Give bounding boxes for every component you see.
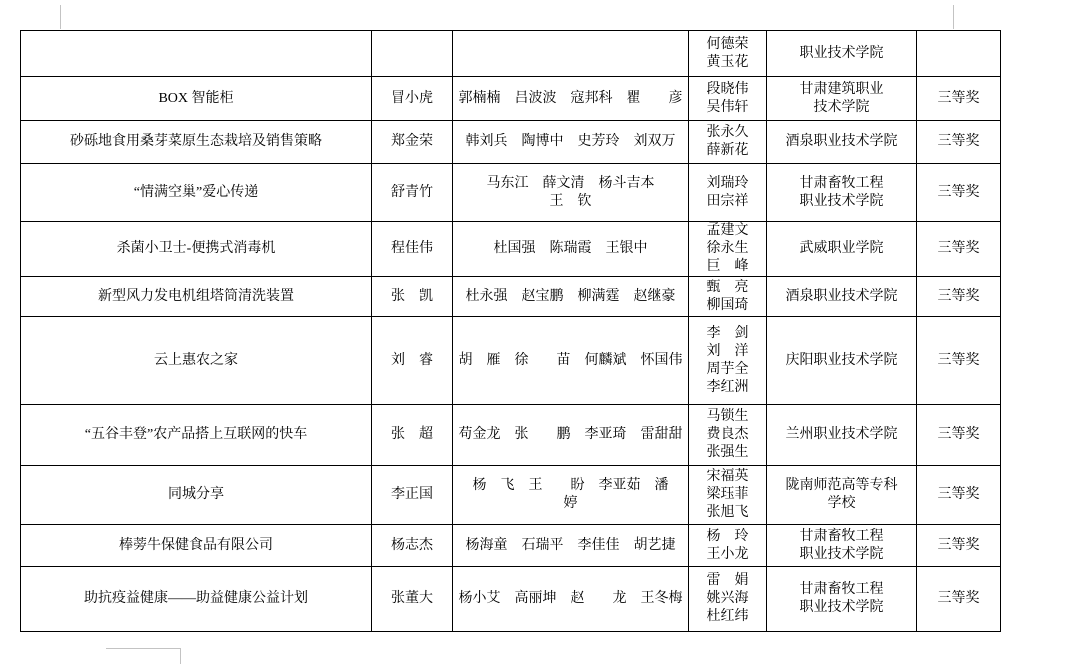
advisors-cell[interactable]: 张永久 薛新花: [689, 121, 767, 164]
award-cell[interactable]: 三等奖: [917, 121, 1001, 164]
project-cell[interactable]: 新型风力发电机组塔筒清洗装置: [21, 277, 372, 317]
award-cell[interactable]: 三等奖: [917, 466, 1001, 525]
award-cell[interactable]: 三等奖: [917, 405, 1001, 466]
advisors-cell[interactable]: 刘瑞玲 田宗祥: [689, 164, 767, 222]
award-cell[interactable]: 三等奖: [917, 317, 1001, 405]
leader-cell[interactable]: 舒青竹: [372, 164, 453, 222]
institution-cell[interactable]: 甘肃畜牧工程 职业技术学院: [767, 525, 917, 567]
advisors-cell[interactable]: 宋福英 梁珏菲 张旭飞: [689, 466, 767, 525]
institution-cell[interactable]: 酒泉职业技术学院: [767, 121, 917, 164]
leader-cell[interactable]: 张 超: [372, 405, 453, 466]
project-cell[interactable]: “五谷丰登”农产品搭上互联网的快车: [21, 405, 372, 466]
table-row: 云上惠农之家 刘 睿 胡 雁 徐 苗 何麟斌 怀国伟 李 剑 刘 洋 周芋全 李…: [21, 317, 1001, 405]
advisors-cell[interactable]: 何德荣 黄玉花: [689, 31, 767, 77]
leader-cell[interactable]: 李正国: [372, 466, 453, 525]
table-row: 新型风力发电机组塔筒清洗装置 张 凯 杜永强 赵宝鹏 柳满霆 赵继豪 甄 亮 柳…: [21, 277, 1001, 317]
document-page: 何德荣 黄玉花 职业技术学院 BOX 智能柜 冒小虎 郭楠楠 吕波波 寇邦科 瞿…: [0, 0, 1065, 664]
institution-cell[interactable]: 甘肃畜牧工程 职业技术学院: [767, 567, 917, 632]
advisors-cell[interactable]: 雷 娟 姚兴海 杜红纬: [689, 567, 767, 632]
members-cell[interactable]: 杨 飞 王 盼 李亚茹 潘 婷: [453, 466, 689, 525]
project-cell[interactable]: 砂砾地食用桑芽菜原生态栽培及销售策略: [21, 121, 372, 164]
members-cell[interactable]: 苟金龙 张 鹏 李亚琦 雷甜甜: [453, 405, 689, 466]
page-margin-mark-top-left: [60, 5, 61, 29]
members-cell[interactable]: 马东江 薛文清 杨斗吉本 王 钦: [453, 164, 689, 222]
institution-cell[interactable]: 甘肃建筑职业 技术学院: [767, 77, 917, 121]
table-row: “五谷丰登”农产品搭上互联网的快车 张 超 苟金龙 张 鹏 李亚琦 雷甜甜 马锁…: [21, 405, 1001, 466]
leader-cell[interactable]: 冒小虎: [372, 77, 453, 121]
advisors-cell[interactable]: 李 剑 刘 洋 周芋全 李红洲: [689, 317, 767, 405]
leader-cell[interactable]: 张董大: [372, 567, 453, 632]
members-cell[interactable]: 杨小艾 高丽坤 赵 龙 王冬梅: [453, 567, 689, 632]
table-row: 砂砾地食用桑芽菜原生态栽培及销售策略 郑金荣 韩刘兵 陶博中 史芳玲 刘双万 张…: [21, 121, 1001, 164]
project-cell[interactable]: 杀菌小卫士-便携式消毒机: [21, 222, 372, 277]
table-row: 助抗疫益健康——助益健康公益计划 张董大 杨小艾 高丽坤 赵 龙 王冬梅 雷 娟…: [21, 567, 1001, 632]
table-row: BOX 智能柜 冒小虎 郭楠楠 吕波波 寇邦科 瞿 彦 段晓伟 吴伟轩 甘肃建筑…: [21, 77, 1001, 121]
leader-cell[interactable]: 刘 睿: [372, 317, 453, 405]
project-cell[interactable]: 棒蒡牛保健食品有限公司: [21, 525, 372, 567]
table-row: 何德荣 黄玉花 职业技术学院: [21, 31, 1001, 77]
institution-cell[interactable]: 武威职业学院: [767, 222, 917, 277]
leader-cell[interactable]: [372, 31, 453, 77]
award-cell[interactable]: [917, 31, 1001, 77]
awards-table: 何德荣 黄玉花 职业技术学院 BOX 智能柜 冒小虎 郭楠楠 吕波波 寇邦科 瞿…: [20, 30, 1001, 632]
project-cell[interactable]: [21, 31, 372, 77]
advisors-cell[interactable]: 杨 玲 王小龙: [689, 525, 767, 567]
table-row: 杀菌小卫士-便携式消毒机 程佳伟 杜国强 陈瑞霞 王银中 孟建文 徐永生 巨 峰…: [21, 222, 1001, 277]
award-cell[interactable]: 三等奖: [917, 567, 1001, 632]
institution-cell[interactable]: 陇南师范高等专科 学校: [767, 466, 917, 525]
page-margin-mark-top-right: [953, 5, 954, 29]
institution-cell[interactable]: 甘肃畜牧工程 职业技术学院: [767, 164, 917, 222]
members-cell[interactable]: 杨海童 石瑞平 李佳佳 胡艺捷: [453, 525, 689, 567]
advisors-cell[interactable]: 孟建文 徐永生 巨 峰: [689, 222, 767, 277]
award-cell[interactable]: 三等奖: [917, 77, 1001, 121]
members-cell[interactable]: 韩刘兵 陶博中 史芳玲 刘双万: [453, 121, 689, 164]
award-cell[interactable]: 三等奖: [917, 164, 1001, 222]
advisors-cell[interactable]: 甄 亮 柳国琦: [689, 277, 767, 317]
table-row: 棒蒡牛保健食品有限公司 杨志杰 杨海童 石瑞平 李佳佳 胡艺捷 杨 玲 王小龙 …: [21, 525, 1001, 567]
advisors-cell[interactable]: 马锁生 费良杰 张强生: [689, 405, 767, 466]
leader-cell[interactable]: 张 凯: [372, 277, 453, 317]
page-margin-mark-bottom-left-horizontal: [106, 648, 181, 649]
table-row: “情满空巢”爱心传递 舒青竹 马东江 薛文清 杨斗吉本 王 钦 刘瑞玲 田宗祥 …: [21, 164, 1001, 222]
project-cell[interactable]: 同城分享: [21, 466, 372, 525]
award-cell[interactable]: 三等奖: [917, 525, 1001, 567]
members-cell[interactable]: [453, 31, 689, 77]
project-cell[interactable]: “情满空巢”爱心传递: [21, 164, 372, 222]
leader-cell[interactable]: 郑金荣: [372, 121, 453, 164]
page-margin-mark-bottom-left-vertical: [180, 648, 181, 664]
members-cell[interactable]: 胡 雁 徐 苗 何麟斌 怀国伟: [453, 317, 689, 405]
advisors-cell[interactable]: 段晓伟 吴伟轩: [689, 77, 767, 121]
members-cell[interactable]: 杜国强 陈瑞霞 王银中: [453, 222, 689, 277]
project-cell[interactable]: 助抗疫益健康——助益健康公益计划: [21, 567, 372, 632]
institution-cell[interactable]: 职业技术学院: [767, 31, 917, 77]
members-cell[interactable]: 郭楠楠 吕波波 寇邦科 瞿 彦: [453, 77, 689, 121]
project-cell[interactable]: 云上惠农之家: [21, 317, 372, 405]
award-cell[interactable]: 三等奖: [917, 222, 1001, 277]
leader-cell[interactable]: 杨志杰: [372, 525, 453, 567]
award-cell[interactable]: 三等奖: [917, 277, 1001, 317]
institution-cell[interactable]: 酒泉职业技术学院: [767, 277, 917, 317]
table-row: 同城分享 李正国 杨 飞 王 盼 李亚茹 潘 婷 宋福英 梁珏菲 张旭飞 陇南师…: [21, 466, 1001, 525]
project-cell[interactable]: BOX 智能柜: [21, 77, 372, 121]
leader-cell[interactable]: 程佳伟: [372, 222, 453, 277]
institution-cell[interactable]: 庆阳职业技术学院: [767, 317, 917, 405]
members-cell[interactable]: 杜永强 赵宝鹏 柳满霆 赵继豪: [453, 277, 689, 317]
institution-cell[interactable]: 兰州职业技术学院: [767, 405, 917, 466]
